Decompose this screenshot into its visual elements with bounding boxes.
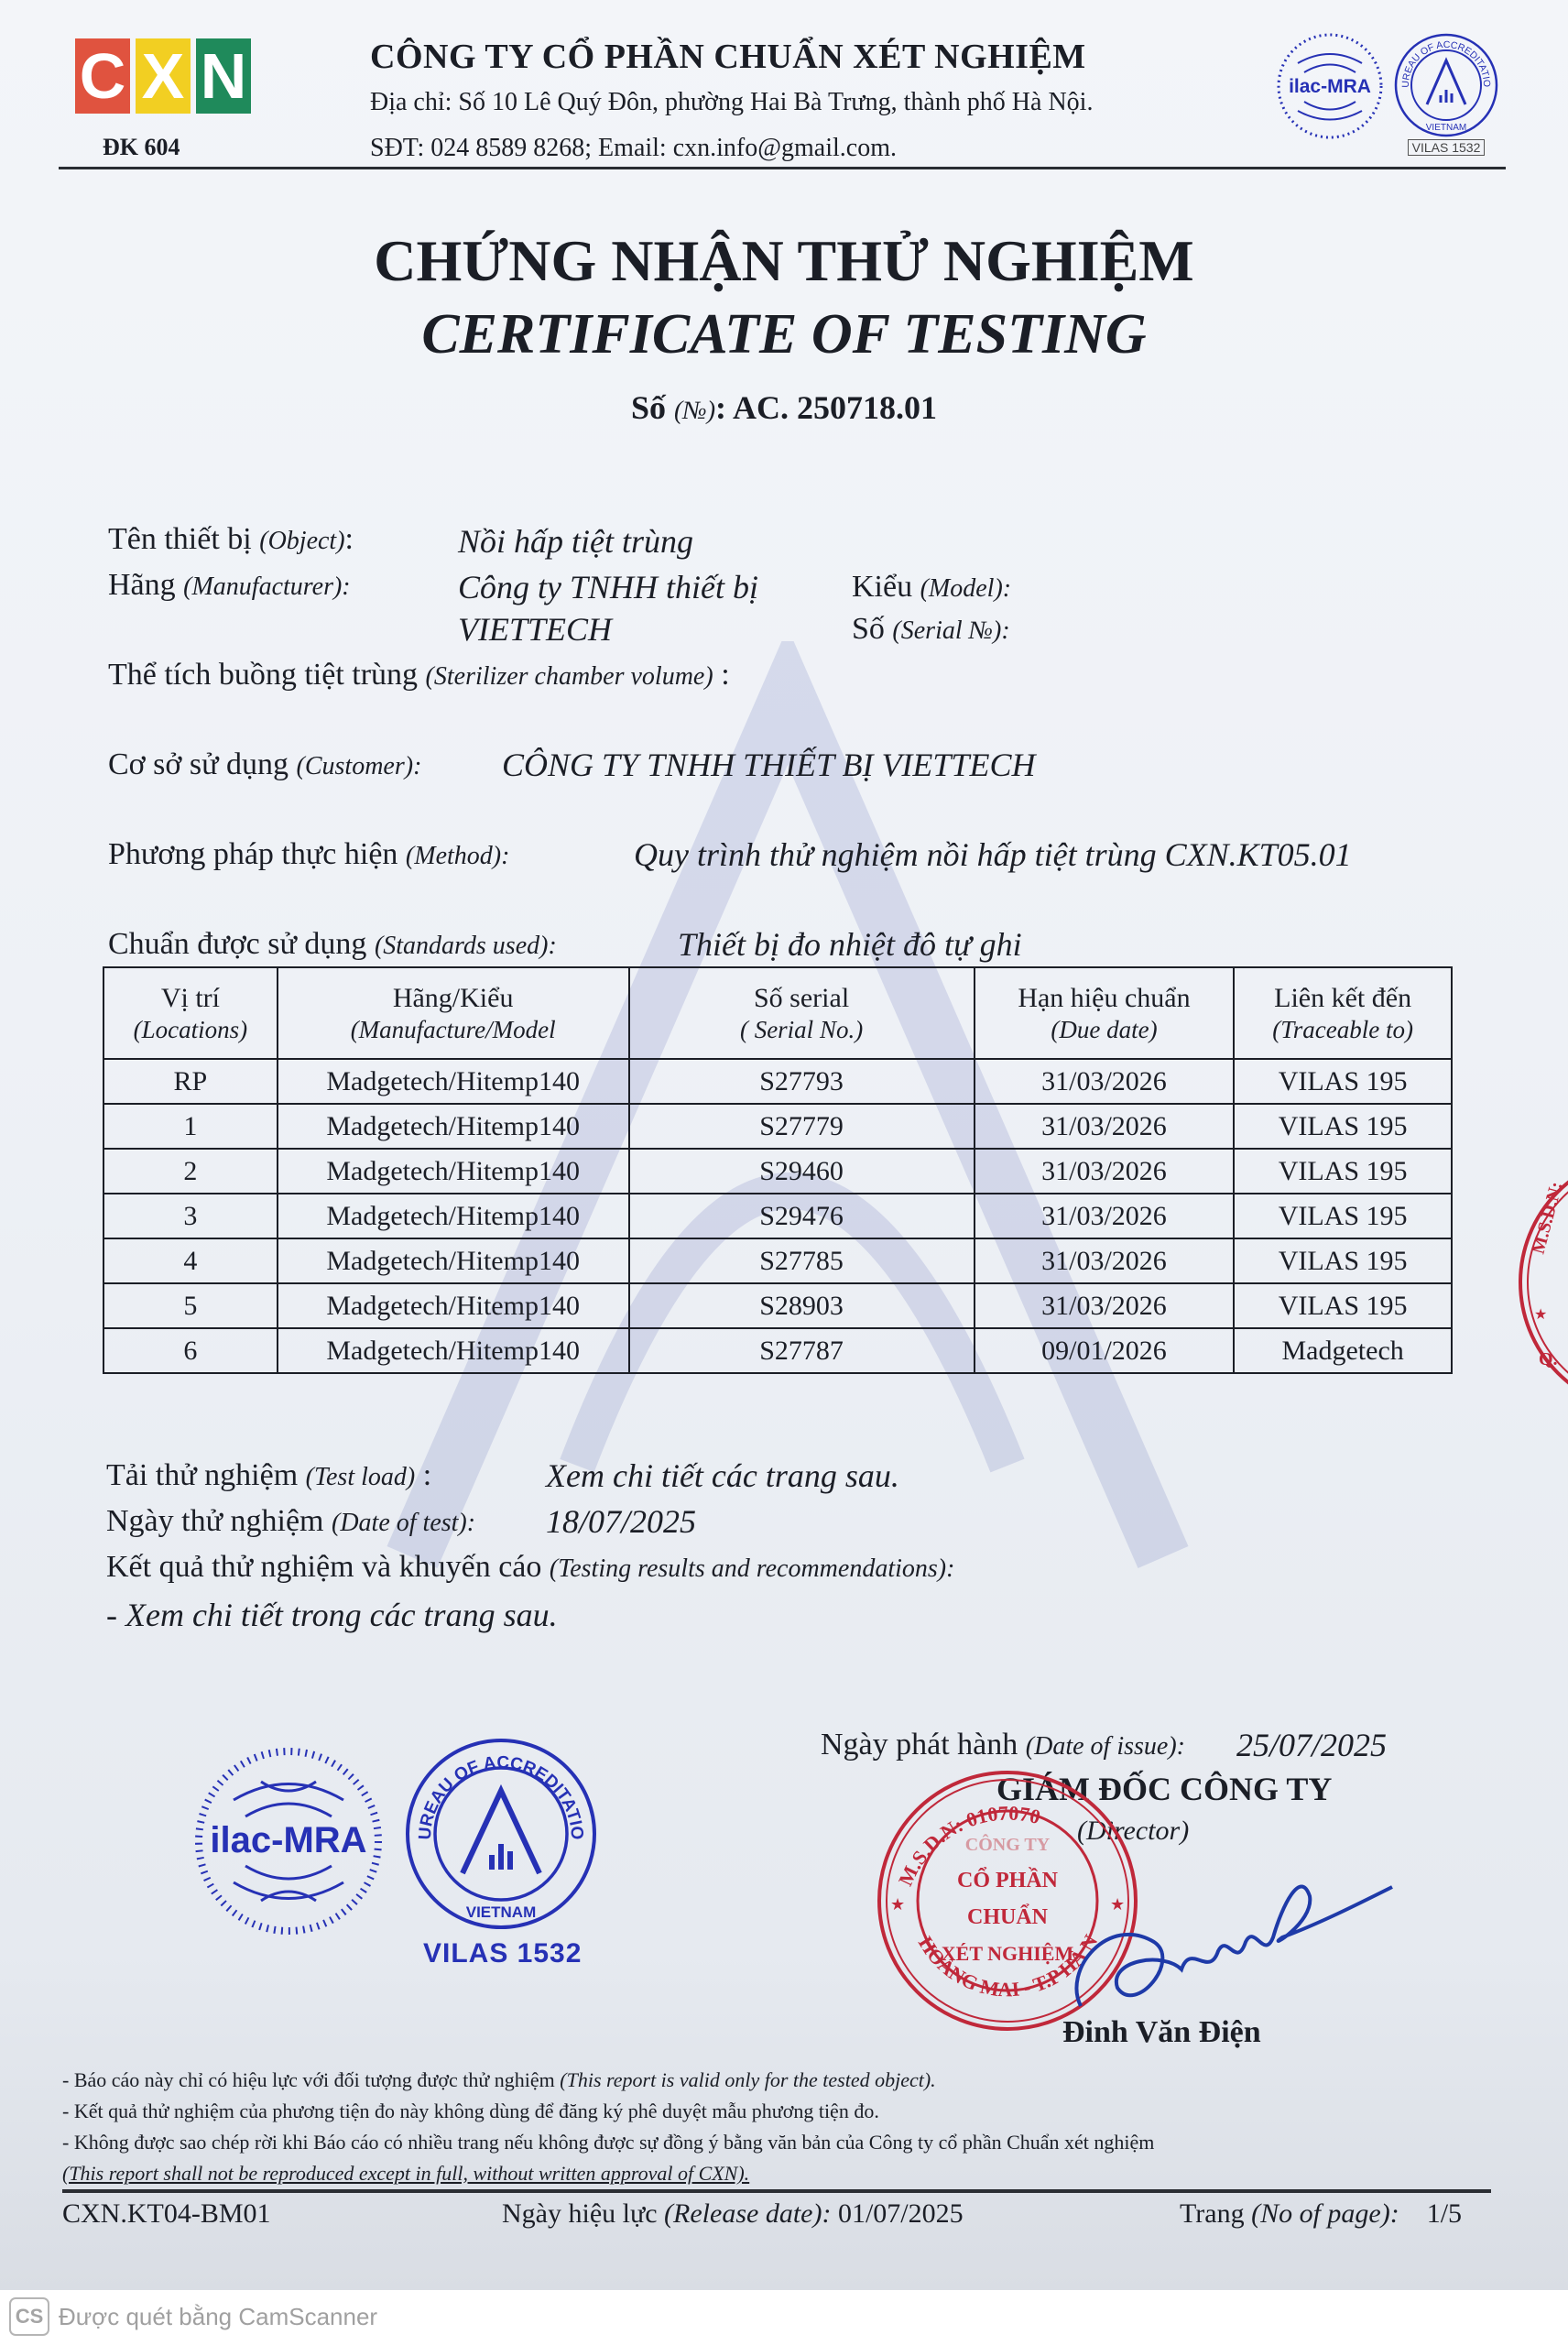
svg-text:ilac-MRA: ilac-MRA: [1289, 76, 1371, 97]
standards-table: Vị trí(Locations) Hãng/Kiểu(Manufacture/…: [103, 966, 1453, 1374]
cell-serial: S27779: [629, 1104, 975, 1149]
ilac-mra-icon: ilac-MRA: [1275, 31, 1385, 141]
svg-text:ilac-MRA: ilac-MRA: [210, 1820, 366, 1860]
certificate-number-value: : AC. 250718.01: [715, 389, 937, 426]
cell-traceable: VILAS 195: [1234, 1059, 1452, 1104]
svg-text:VIETNAM: VIETNAM: [1426, 123, 1466, 133]
manufacturer-value-line2: VIETTECH: [458, 610, 612, 649]
cell-due-date: 31/03/2026: [975, 1059, 1235, 1104]
manufacturer-label: Hãng (Manufacturer):: [108, 568, 351, 603]
title-vietnamese: CHỨNG NHẬN THỬ NGHIỆM: [0, 227, 1568, 295]
column-header-location: Vị trí(Locations): [103, 967, 278, 1059]
cell-model: Madgetech/Hitemp140: [278, 1149, 629, 1194]
logo-code: ĐK 604: [103, 134, 180, 161]
cell-traceable: VILAS 195: [1234, 1104, 1452, 1149]
note-3: - Không được sao chép rời khi Báo cáo có…: [62, 2127, 1154, 2158]
standards-value: Thiết bị đo nhiệt đô tự ghi: [678, 925, 1022, 964]
camscanner-text: Được quét bằng CamScanner: [59, 2303, 377, 2331]
partial-stamp-icon: M.S.D.N: ★ Q.: [1502, 1145, 1568, 1420]
customer-label: Cơ sở sử dụng (Customer):: [108, 747, 421, 782]
cell-location: 5: [103, 1283, 278, 1328]
cxn-logo: C X N: [75, 38, 251, 114]
vilas-number: VILAS 1532: [1408, 139, 1486, 156]
note-2: - Kết quả thử nghiệm của phương tiện đo …: [62, 2096, 1154, 2127]
method-value: Quy trình thử nghiệm nồi hấp tiệt trùng …: [634, 835, 1352, 874]
footer-notes: - Báo cáo này chỉ có hiệu lực với đối tư…: [62, 2065, 1154, 2189]
object-value: Nồi hấp tiệt trùng: [458, 522, 693, 561]
form-code: CXN.KT04-BM01: [62, 2198, 271, 2230]
test-load-value: Xem chi tiết các trang sau.: [546, 1456, 899, 1495]
cell-serial: S27787: [629, 1328, 975, 1373]
ilac-mra-large-icon: ilac-MRA: [192, 1745, 385, 1937]
column-header-due-date: Hạn hiệu chuẩn(Due date): [975, 967, 1235, 1059]
recommendations-value: - Xem chi tiết trong các trang sau.: [106, 1596, 558, 1634]
boa-badge: BUREAU OF ACCREDITATION VIETNAM VILAS 15…: [1392, 31, 1500, 156]
recommendations-label: Kết quả thử nghiệm và khuyến cáo (Testin…: [106, 1550, 954, 1585]
svg-text:★: ★: [890, 1895, 905, 1914]
cell-due-date: 31/03/2026: [975, 1104, 1235, 1149]
cell-traceable: Madgetech: [1234, 1328, 1452, 1373]
test-load-label: Tải thử nghiệm (Test load) :: [106, 1458, 431, 1493]
svg-text:Q.: Q.: [1539, 1349, 1558, 1369]
cell-model: Madgetech/Hitemp140: [278, 1194, 629, 1238]
svg-text:CỔ PHẦN: CỔ PHẦN: [957, 1868, 1059, 1892]
cell-location: RP: [103, 1059, 278, 1104]
certificate-page: C X N ĐK 604 CÔNG TY CỔ PHẦN CHUẨN XÉT N…: [0, 0, 1568, 2290]
cell-serial: S27785: [629, 1238, 975, 1283]
table-row: 3Madgetech/Hitemp140S2947631/03/2026VILA…: [103, 1194, 1452, 1238]
cell-location: 4: [103, 1238, 278, 1283]
table-body: RPMadgetech/Hitemp140S2779331/03/2026VIL…: [103, 1059, 1452, 1373]
cell-location: 6: [103, 1328, 278, 1373]
title-english: CERTIFICATE OF TESTING: [0, 302, 1568, 367]
cell-traceable: VILAS 195: [1234, 1238, 1452, 1283]
standards-label: Chuẩn được sử dụng (Standards used):: [108, 927, 557, 962]
company-contact: SĐT: 024 8589 8268; Email: cxn.info@gmai…: [370, 134, 897, 163]
page-number: Trang (No of page): 1/5: [1180, 2198, 1462, 2230]
cell-model: Madgetech/Hitemp140: [278, 1328, 629, 1373]
cell-due-date: 09/01/2026: [975, 1328, 1235, 1373]
issue-date-value: 25/07/2025: [1236, 1726, 1387, 1764]
svg-text:BUREAU OF ACCREDITATION: BUREAU OF ACCREDITATION: [1392, 31, 1492, 88]
model-label: Kiểu (Model):: [852, 570, 1011, 605]
customer-value: CÔNG TY TNHH THIẾT BỊ VIETTECH: [502, 746, 1035, 784]
cell-model: Madgetech/Hitemp140: [278, 1104, 629, 1149]
cell-model: Madgetech/Hitemp140: [278, 1283, 629, 1328]
cell-model: Madgetech/Hitemp140: [278, 1059, 629, 1104]
note-1: - Báo cáo này chỉ có hiệu lực với đối tư…: [62, 2065, 1154, 2096]
manufacturer-value-line1: Công ty TNHH thiết bị: [458, 568, 758, 606]
svg-text:CHUẨN: CHUẨN: [967, 1904, 1049, 1929]
svg-text:VIETNAM: VIETNAM: [466, 1903, 537, 1921]
chamber-volume-label: Thể tích buồng tiệt trùng (Sterilizer ch…: [108, 658, 730, 693]
company-address: Địa chỉ: Số 10 Lê Quý Đôn, phường Hai Bà…: [370, 88, 1093, 117]
director-name: Đinh Văn Điện: [1062, 2015, 1261, 2050]
logo-letter-x: X: [136, 38, 191, 114]
director-signature-icon: [1053, 1850, 1401, 2034]
method-label: Phương pháp thực hiện (Method):: [108, 837, 509, 872]
svg-text:M.S.D.N:: M.S.D.N:: [1529, 1180, 1567, 1256]
bureau-of-accreditation-large-icon: BUREAU OF ACCREDITATION VIETNAM: [403, 1736, 600, 1933]
cell-traceable: VILAS 195: [1234, 1283, 1452, 1328]
note-english: (This report shall not be reproduced exc…: [62, 2158, 1154, 2189]
table-header-row: Vị trí(Locations) Hãng/Kiểu(Manufacture/…: [103, 967, 1452, 1059]
cell-traceable: VILAS 195: [1234, 1194, 1452, 1238]
camscanner-watermark: CS Được quét bằng CamScanner: [9, 2297, 377, 2336]
table-row: 4Madgetech/Hitemp140S2778531/03/2026VILA…: [103, 1238, 1452, 1283]
vilas-number-large: VILAS 1532: [423, 1938, 582, 1969]
bureau-of-accreditation-icon: BUREAU OF ACCREDITATION VIETNAM: [1392, 31, 1500, 139]
svg-text:BUREAU OF ACCREDITATION: BUREAU OF ACCREDITATION: [403, 1736, 586, 1840]
column-header-model: Hãng/Kiểu(Manufacture/Model: [278, 967, 629, 1059]
certificate-number: Số (№): AC. 250718.01: [0, 388, 1568, 427]
object-label: Tên thiết bị (Object):: [108, 522, 354, 557]
release-date: Ngày hiệu lực (Release date): 01/07/2025: [502, 2198, 964, 2230]
svg-text:CÔNG TY: CÔNG TY: [965, 1833, 1051, 1855]
issue-date-label: Ngày phát hành (Date of issue):: [821, 1728, 1185, 1762]
header-divider: [59, 167, 1506, 169]
table-row: 5Madgetech/Hitemp140S2890331/03/2026VILA…: [103, 1283, 1452, 1328]
column-header-traceable: Liên kết đến(Traceable to): [1234, 967, 1452, 1059]
table-row: 1Madgetech/Hitemp140S2777931/03/2026VILA…: [103, 1104, 1452, 1149]
certificate-number-label: Số: [631, 389, 666, 426]
cell-location: 2: [103, 1149, 278, 1194]
table-row: RPMadgetech/Hitemp140S2779331/03/2026VIL…: [103, 1059, 1452, 1104]
table-row: 6Madgetech/Hitemp140S2778709/01/2026Madg…: [103, 1328, 1452, 1373]
cell-location: 3: [103, 1194, 278, 1238]
table-row: 2Madgetech/Hitemp140S2946031/03/2026VILA…: [103, 1149, 1452, 1194]
header-accreditation-badges: ilac-MRA BUREAU OF ACCREDITATION VIETNAM…: [1275, 31, 1500, 156]
serial-label: Số (Serial №):: [852, 612, 1010, 647]
cell-due-date: 31/03/2026: [975, 1283, 1235, 1328]
cell-model: Madgetech/Hitemp140: [278, 1238, 629, 1283]
camscanner-icon: CS: [9, 2297, 49, 2336]
logo-letter-n: N: [196, 38, 251, 114]
date-of-test-label: Ngày thử nghiệm (Date of test):: [106, 1504, 475, 1539]
company-name: CÔNG TY CỔ PHẦN CHUẨN XÉT NGHIỆM: [370, 37, 1086, 77]
cell-serial: S29476: [629, 1194, 975, 1238]
cell-serial: S28903: [629, 1283, 975, 1328]
date-of-test-value: 18/07/2025: [546, 1502, 696, 1541]
cell-due-date: 31/03/2026: [975, 1149, 1235, 1194]
cell-traceable: VILAS 195: [1234, 1149, 1452, 1194]
certificate-number-symbol: (№): [674, 397, 715, 425]
logo-letter-c: C: [75, 38, 130, 114]
cell-serial: S27793: [629, 1059, 975, 1104]
cell-serial: S29460: [629, 1149, 975, 1194]
svg-text:★: ★: [1534, 1307, 1547, 1323]
cell-due-date: 31/03/2026: [975, 1238, 1235, 1283]
cell-location: 1: [103, 1104, 278, 1149]
column-header-serial: Số serial( Serial No.): [629, 967, 975, 1059]
footer-divider: [62, 2189, 1491, 2193]
cell-due-date: 31/03/2026: [975, 1194, 1235, 1238]
